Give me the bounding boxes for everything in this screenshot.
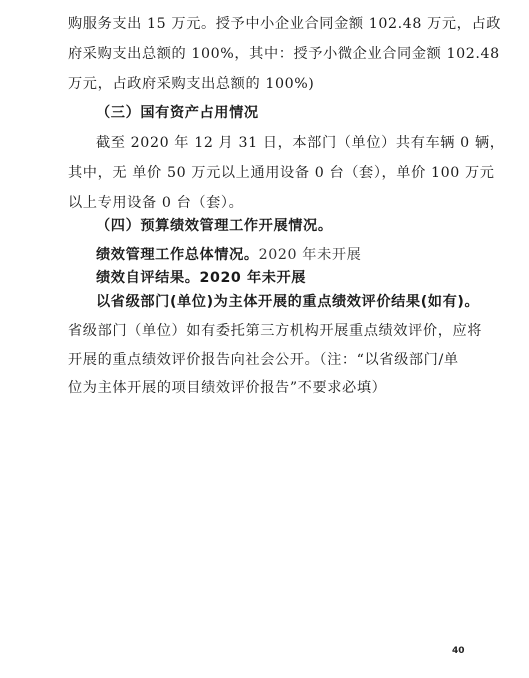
paragraph-line: 截至 2020 年 12 月 31 日，本部门（单位）共有车辆 0 辆， (96, 133, 504, 153)
paragraph-line: 购服务支出 15 万元。授予中小企业合同金额 102.48 万元，占政 (68, 14, 501, 34)
key-eval-heading: 以省级部门(单位)为主体开展的重点绩效评价结果(如有)。 (96, 292, 479, 312)
self-eval-line: 绩效自评结果。2020 年未开展 (96, 268, 306, 288)
overall-value: 2020 年未开展 (259, 247, 362, 263)
paragraph-line: 府采购支出总额的 100%，其中：授予小微企业合同金额 102.48 (68, 44, 500, 64)
paragraph-line: 万元，占政府采购支出总额的 100%) (68, 74, 314, 94)
paragraph-line: 以上专用设备 0 台（套）。 (68, 193, 243, 213)
overall-status-line: 绩效管理工作总体情况。2020 年未开展 (96, 245, 361, 265)
paragraph-line: 其中，无 单价 50 万元以上通用设备 0 台（套），单价 100 万元 (68, 163, 495, 183)
section-heading-performance: （四）预算绩效管理工作开展情况。 (96, 216, 333, 236)
paragraph-line: 省级部门（单位）如有委托第三方机构开展重点绩效评价，应将 (68, 321, 482, 341)
overall-label: 绩效管理工作总体情况。 (96, 247, 259, 263)
paragraph-line: 开展的重点绩效评价报告向社会公开。（注：“以省级部门/单 (68, 350, 459, 370)
section-heading-assets: （三）国有资产占用情况 (96, 103, 259, 123)
paragraph-line: 位为主体开展的项目绩效评价报告”不要求必填） (68, 378, 386, 398)
page-number: 40 (452, 646, 465, 656)
